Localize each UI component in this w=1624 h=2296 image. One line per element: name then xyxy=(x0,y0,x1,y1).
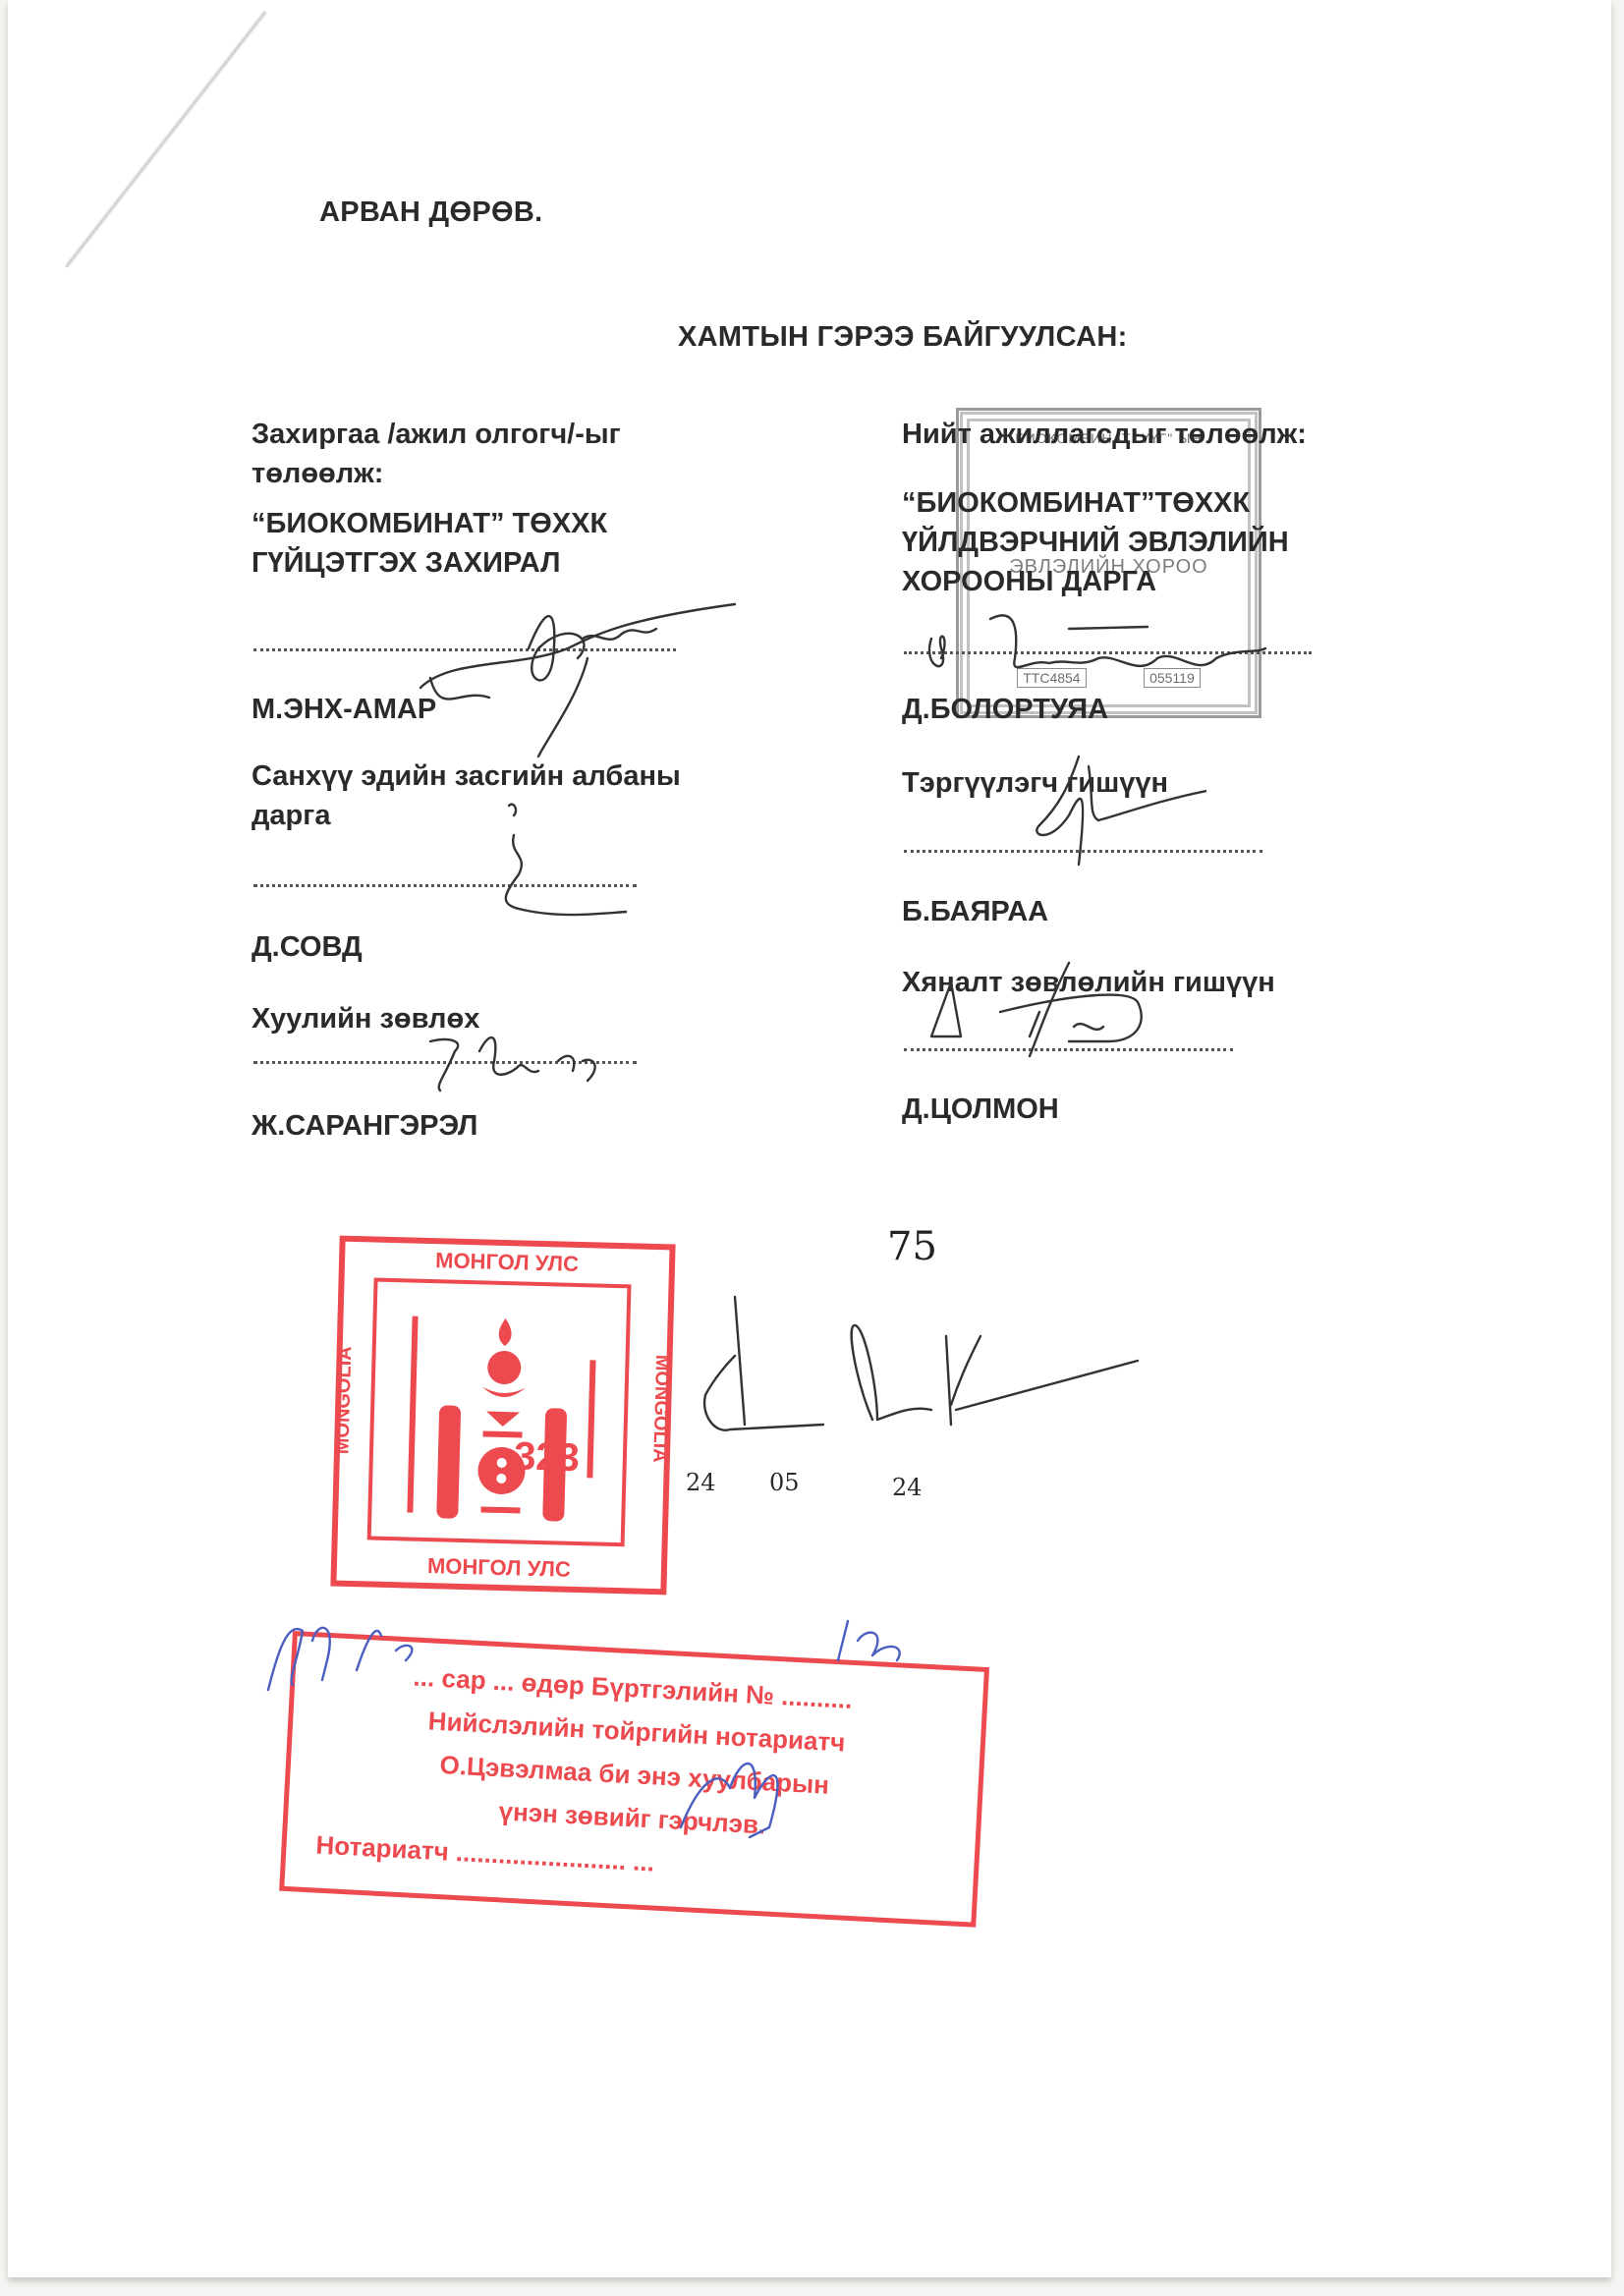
signatory-name: Д.СОВД xyxy=(252,931,363,964)
signature-line xyxy=(904,651,1312,654)
signature-line xyxy=(253,648,676,651)
signatory-name: Б.БАЯРАА xyxy=(902,896,1048,928)
signatory-role: Хяналт зөвлөлийн гишүүн xyxy=(902,963,1334,1002)
date-mark-day: 24 xyxy=(686,1469,716,1496)
signature-tsolmon xyxy=(912,943,1206,1061)
right-party-label: Нийт ажиллагсдыг төлөөлж: xyxy=(902,415,1354,454)
signatory-role: Санхүү эдийн засгийн албаны дарга xyxy=(252,756,743,835)
state-seal-stamp: МОНГОЛ УЛС MONGOLIA MONGOLIA xyxy=(330,1236,675,1596)
right-org-title: “БИОКОМБИНАТ”ТӨХХК ҮЙЛДВЭРЧНИЙ ЭВЛЭЛИЙН … xyxy=(902,483,1334,601)
state-stamp-number: 323 xyxy=(514,1434,581,1481)
state-stamp-top-label: МОНГОЛ УЛС xyxy=(345,1246,670,1280)
signature-line xyxy=(904,1048,1233,1051)
signatory-name: Ж.САРАНГЭРЭЛ xyxy=(252,1110,477,1143)
soyombo-emblem-icon xyxy=(377,1286,629,1538)
signatory-role: Хуулийн зөвлөх xyxy=(252,999,644,1038)
date-mark-year: 24 xyxy=(892,1474,923,1501)
signatory-name: М.ЭНХ-АМАР xyxy=(252,694,436,726)
signatory-name: Д.ЦОЛМОН xyxy=(902,1093,1059,1126)
state-stamp-inner-frame: 323 xyxy=(367,1278,632,1547)
signature-line xyxy=(253,1061,637,1064)
signing-title: ХАМТЫН ГЭРЭЭ БАЙГУУЛСАН: xyxy=(678,321,1128,354)
date-mark-month: 05 xyxy=(769,1469,800,1496)
signature-line xyxy=(253,884,637,887)
left-party-label: Захиргаа /ажил олгогч/-ыг төлөөлж: xyxy=(252,415,703,493)
state-stamp-bottom-label: МОНГОЛ УЛС xyxy=(337,1551,662,1586)
certification-signature xyxy=(676,1277,1148,1444)
union-stamp-code-right: 055119 xyxy=(1144,668,1201,688)
state-stamp-right-label: MONGOLIA xyxy=(647,1354,673,1463)
document-page: АРВАН ДӨРӨВ. ХАМТЫН ГЭРЭЭ БАЙГУУЛСАН: БИ… xyxy=(8,0,1611,2277)
handwritten-page-number: 75 xyxy=(887,1224,937,1269)
scan-fold-shadow xyxy=(64,10,268,269)
signature-line xyxy=(904,850,1262,853)
notary-certification-stamp: ... сар ... өдөр Бүртгэлийн № ..........… xyxy=(279,1631,989,1928)
union-stamp-codes: ТТС4854 055119 xyxy=(988,668,1229,688)
signatory-name: Д.БОЛОРТУЯА xyxy=(902,694,1108,726)
union-stamp-code-left: ТТС4854 xyxy=(1017,668,1086,688)
section-heading: АРВАН ДӨРӨВ. xyxy=(319,196,542,229)
signature-enkh-amar xyxy=(371,580,745,766)
signatory-role: Тэргүүлэгч гишүүн xyxy=(902,763,1315,803)
left-org-title: “БИОКОМБИНАТ” ТӨХХК ГҮЙЦЭТГЭХ ЗАХИРАЛ xyxy=(252,504,703,583)
state-stamp-left-label: MONGOLIA xyxy=(331,1346,357,1455)
